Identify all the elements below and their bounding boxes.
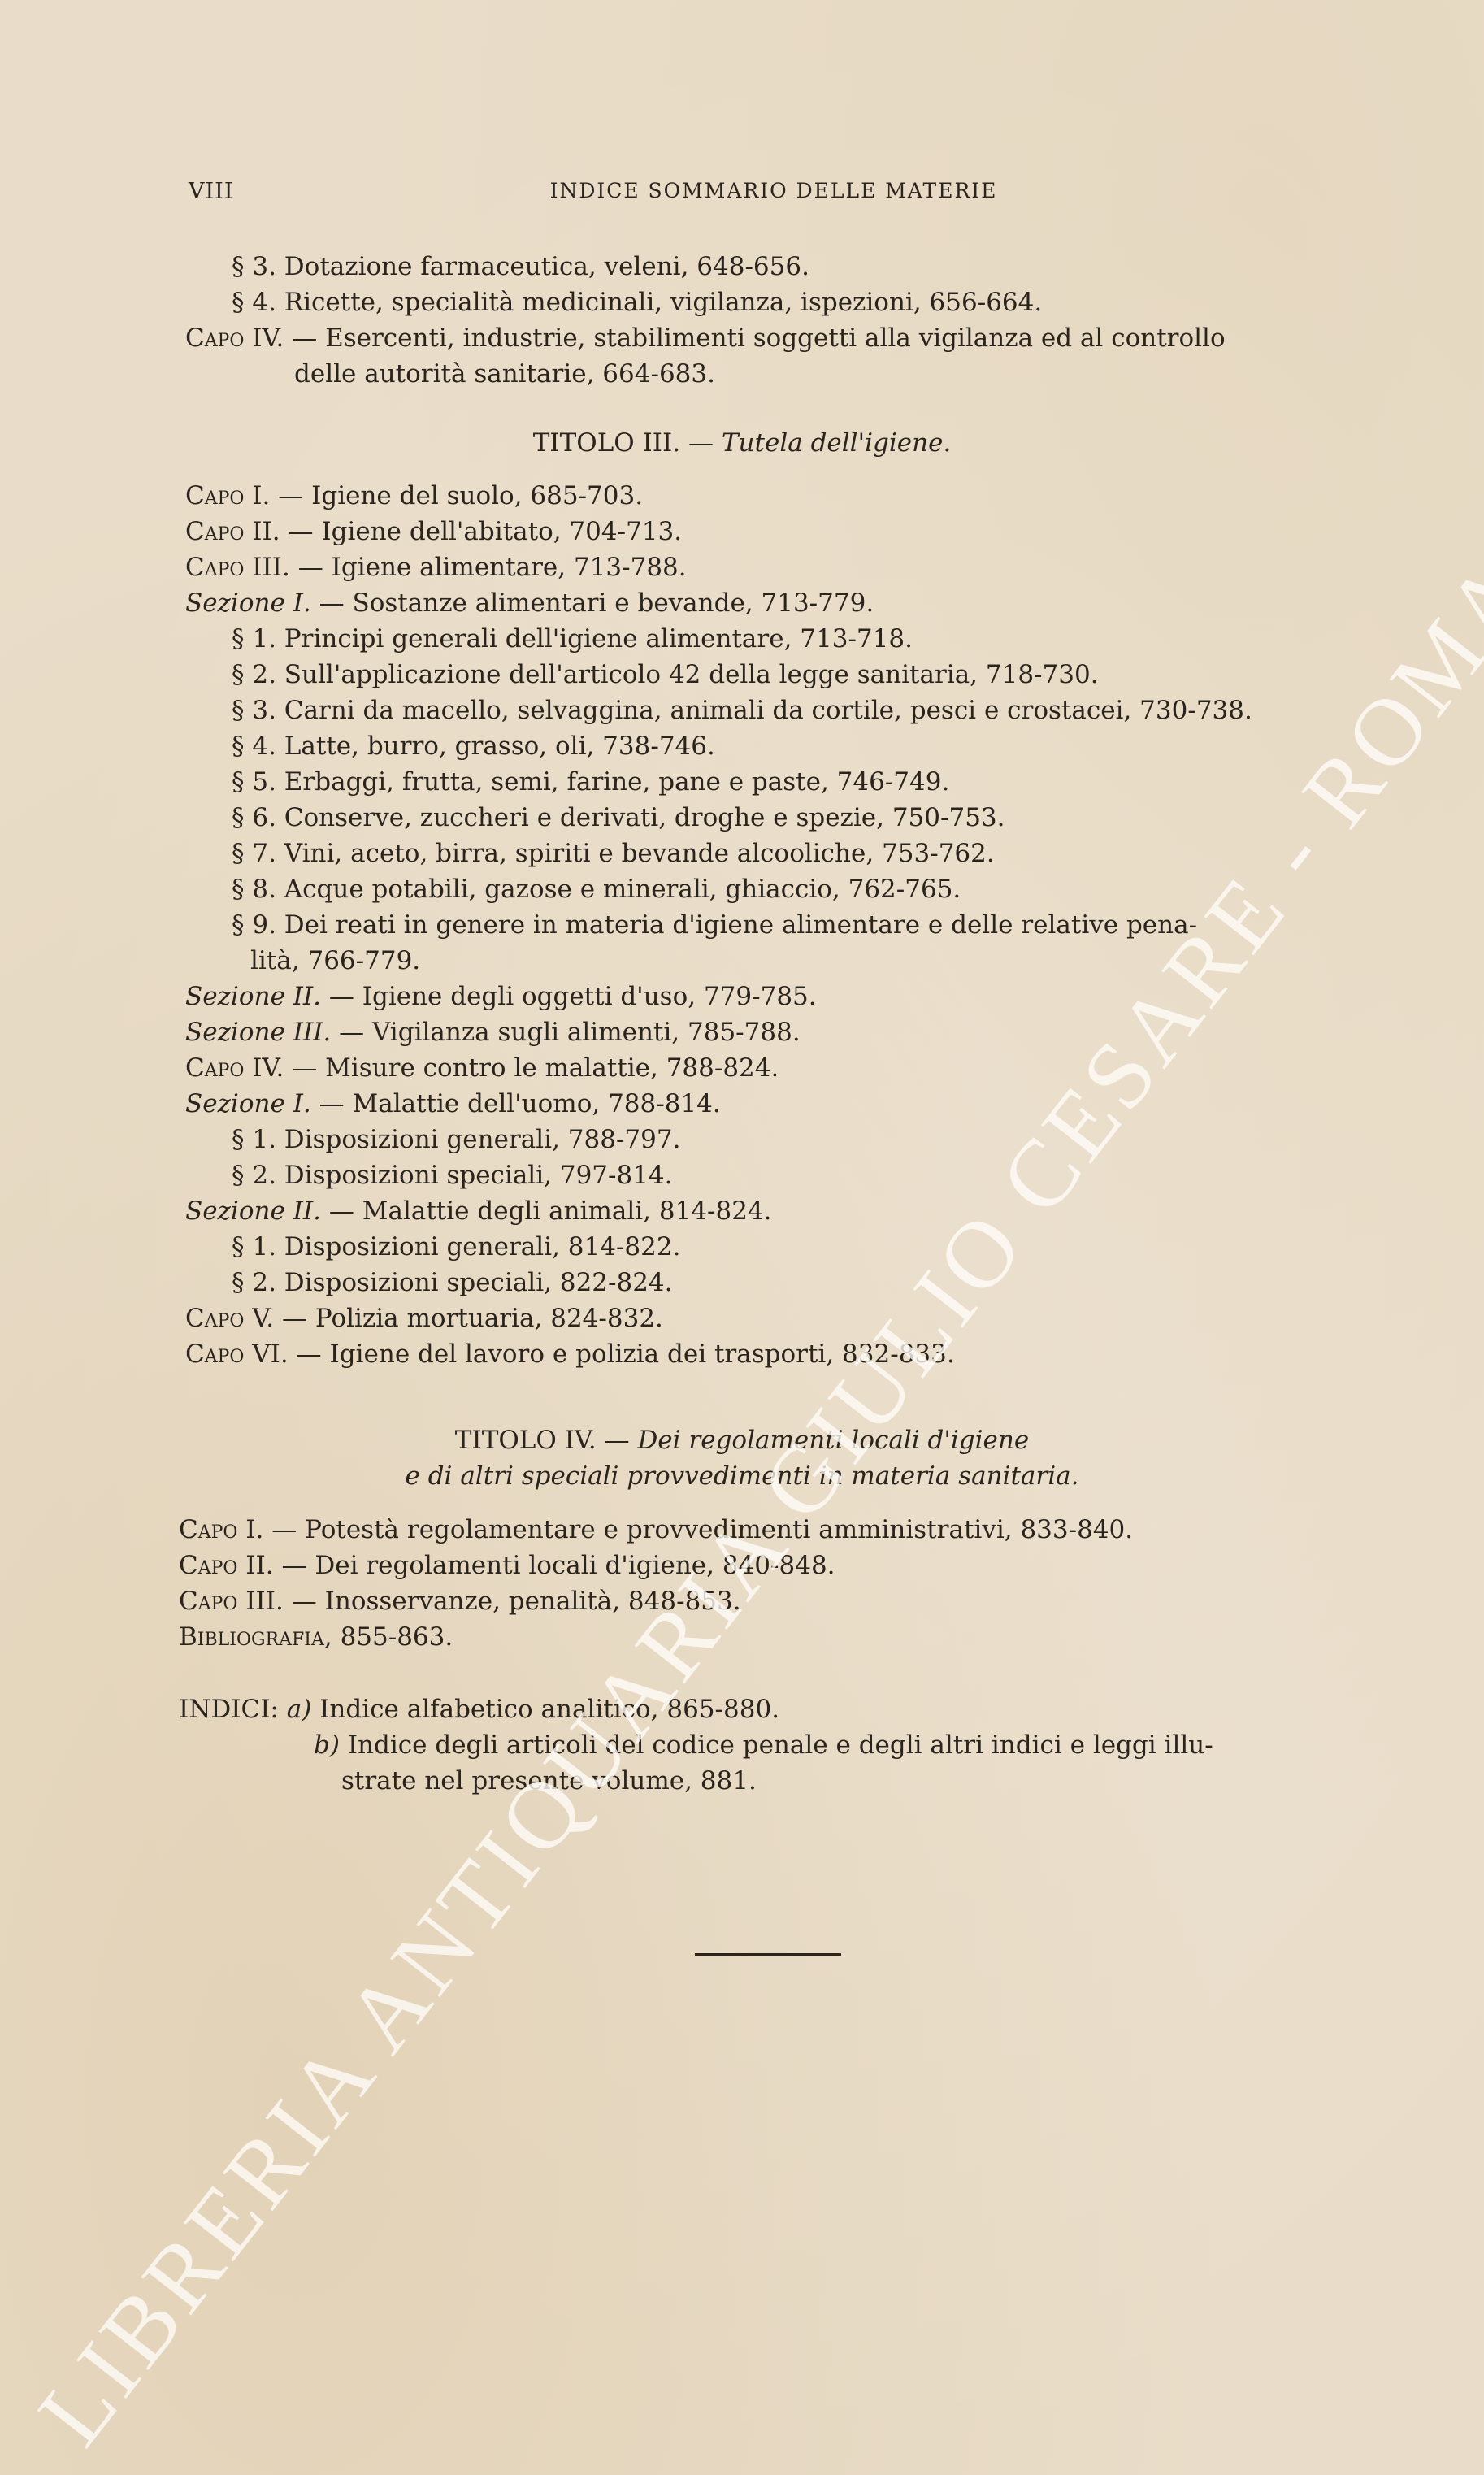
toc-entry: Capo VI. — Igiene del lavoro e polizia d…	[185, 1338, 955, 1370]
toc-entry: § 7. Vini, aceto, birra, spiriti e bevan…	[232, 837, 995, 870]
toc-entry: § 5. Erbaggi, frutta, semi, farine, pane…	[232, 766, 949, 798]
indici-entry-b: b) Indice degli articoli del codice pena…	[314, 1729, 1213, 1761]
toc-entry: Capo III. — Igiene alimentare, 713-788.	[185, 551, 687, 584]
toc-entry: Sezione I. — Sostanze alimentari e bevan…	[185, 587, 874, 619]
section-heading-titolo-3: TITOLO III. — Tutela dell'igiene.	[0, 427, 1484, 459]
toc-entry: Capo IV. — Misure contro le malattie, 78…	[185, 1052, 779, 1084]
toc-entry: § 1. Disposizioni generali, 788-797.	[232, 1123, 680, 1156]
end-rule	[695, 1953, 841, 1956]
toc-entry: Capo I. — Potestà regolamentare e provve…	[179, 1513, 1133, 1546]
toc-entry-bibliografia: Bibliografia, 855-863.	[179, 1621, 453, 1653]
toc-entry: Sezione I. — Malattie dell'uomo, 788-814…	[185, 1088, 721, 1120]
toc-entry: § 2. Disposizioni speciali, 822-824.	[232, 1266, 673, 1299]
toc-entry: Sezione II. — Igiene degli oggetti d'uso…	[185, 980, 817, 1013]
toc-entry: § 4. Latte, burro, grasso, oli, 738-746.	[232, 730, 715, 762]
toc-entry: § 1. Disposizioni generali, 814-822.	[232, 1231, 680, 1263]
toc-entry-continuation: lità, 766-779.	[250, 944, 420, 977]
section-heading-titolo-4: TITOLO IV. — Dei regolamenti locali d'ig…	[0, 1424, 1484, 1457]
section-heading-titolo-4-cont: e di altri speciali provvedimenti in mat…	[0, 1460, 1484, 1492]
indici-entry-b-continuation: strate nel presente volume, 881.	[341, 1765, 757, 1797]
toc-entry: § 2. Sull'applicazione dell'articolo 42 …	[232, 658, 1099, 691]
toc-entry: § 4. Ricette, specialità medicinali, vig…	[232, 286, 1042, 319]
toc-entry: Capo I. — Igiene del suolo, 685-703.	[185, 480, 643, 512]
toc-entry: § 2. Disposizioni speciali, 797-814.	[232, 1159, 673, 1192]
indici-entry-a: INDICI: a) Indice alfabetico analitico, …	[179, 1693, 779, 1726]
toc-entry: § 3. Carni da macello, selvaggina, anima…	[232, 694, 1252, 727]
toc-entry: § 8. Acque potabili, gazose e minerali, …	[232, 873, 961, 905]
toc-entry: Capo II. — Igiene dell'abitato, 704-713.	[185, 515, 682, 548]
toc-entry: Capo IV. — Esercenti, industrie, stabili…	[185, 322, 1226, 354]
toc-entry: § 1. Principi generali dell'igiene alime…	[232, 623, 913, 655]
toc-entry: Capo II. — Dei regolamenti locali d'igie…	[179, 1549, 835, 1582]
toc-entry: Sezione III. — Vigilanza sugli alimenti,…	[185, 1016, 801, 1049]
toc-entry: § 6. Conserve, zuccheri e derivati, drog…	[232, 801, 1005, 834]
running-title: INDICE SOMMARIO DELLE MATERIE	[189, 179, 1359, 202]
page-header: VIII INDICE SOMMARIO DELLE MATERIE	[189, 179, 1359, 211]
toc-entry: § 9. Dei reati in genere in materia d'ig…	[232, 909, 1197, 941]
toc-entry-continuation: delle autorità sanitarie, 664-683.	[294, 358, 715, 390]
toc-entry: Sezione II. — Malattie degli animali, 81…	[185, 1195, 772, 1227]
toc-entry: Capo III. — Inosservanze, penalità, 848-…	[179, 1585, 741, 1617]
book-page: VIII INDICE SOMMARIO DELLE MATERIE § 3. …	[0, 0, 1484, 2475]
toc-entry: § 3. Dotazione farmaceutica, veleni, 648…	[232, 250, 809, 283]
toc-entry: Capo V. — Polizia mortuaria, 824-832.	[185, 1302, 663, 1335]
